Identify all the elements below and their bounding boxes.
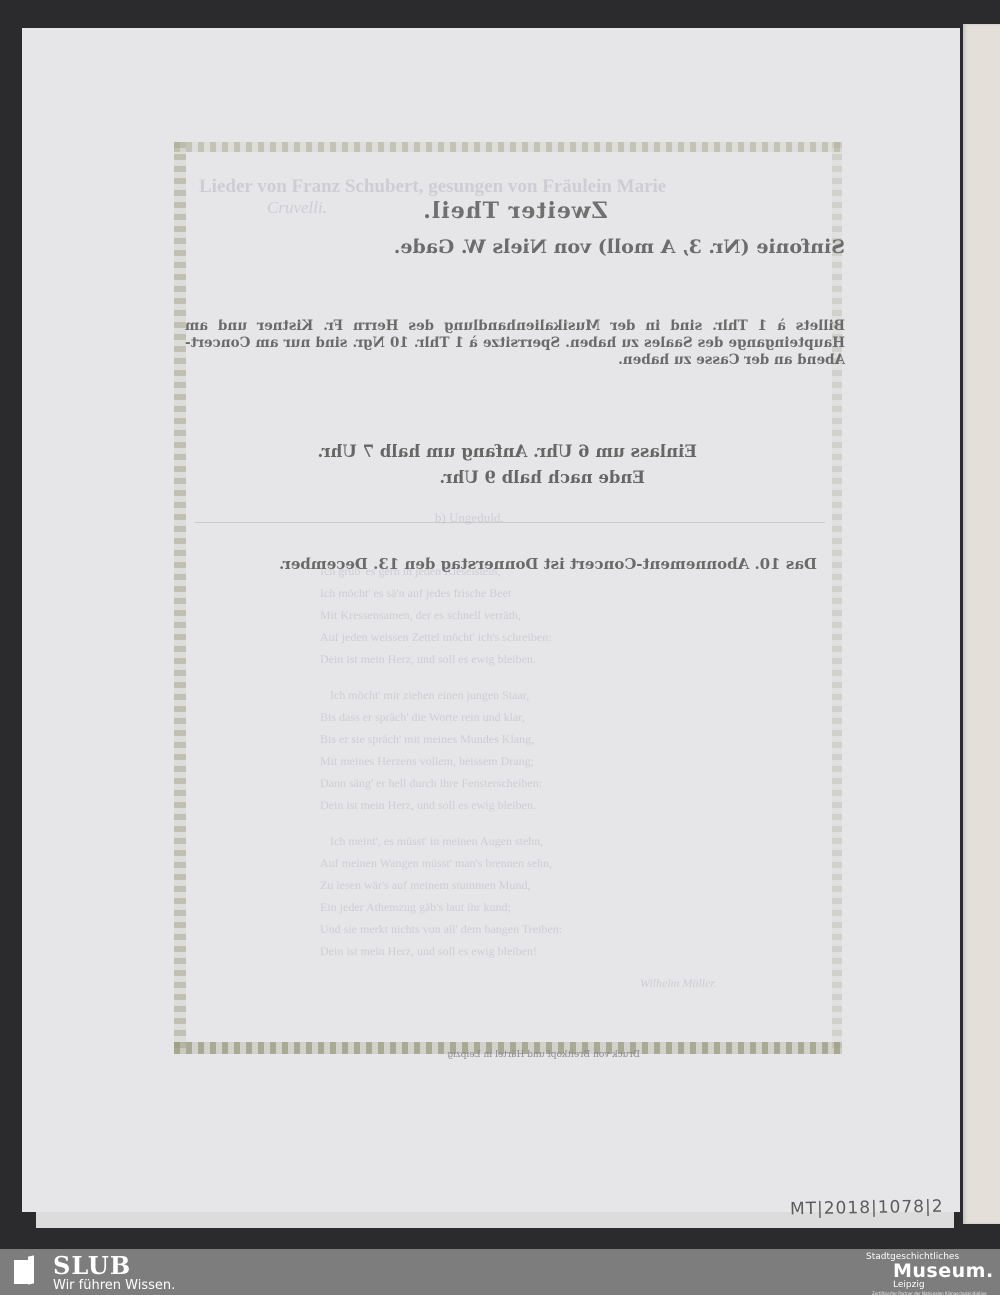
museum-city: Leipzig: [893, 1280, 925, 1290]
museum-certification: Zertifizierter Partner der Nationalen Kl…: [872, 1291, 987, 1295]
slub-logo-text[interactable]: SLUB: [53, 1251, 131, 1280]
ticket-info: Billets à 1 Thlr. sind in der Musikalien…: [185, 318, 845, 369]
section-heading: Zweiter Theil.: [185, 198, 845, 224]
viewer-footer-bar: SLUB Wir führen Wissen. Stadtgeschichtli…: [0, 1245, 1000, 1295]
printer-imprint: Druck von Breitkopf und Härtel in Leipzi…: [447, 1050, 640, 1060]
adjacent-page-edge: [963, 24, 1000, 1224]
slub-tagline: Wir führen Wissen.: [53, 1278, 175, 1293]
admission-time: Einlass um 6 Uhr. Anfang um halb 7 Uhr.: [318, 442, 697, 461]
slub-book-icon: [14, 1256, 38, 1286]
programme-item-sinfonie: Sinfonie (Nr. 3, A moll) von Niels W. Ga…: [394, 236, 845, 258]
museum-logo-text[interactable]: Museum.: [893, 1260, 994, 1282]
divider-rule: [195, 522, 825, 523]
next-concert-notice: Das 10. Abonnement-Concert ist Donnersta…: [279, 555, 817, 573]
mirrored-show-through-text: Zweiter Theil. Sinfonie (Nr. 3, A moll) …: [185, 140, 845, 1060]
archive-signature: MT|2018|1078|2: [790, 1197, 944, 1220]
end-time: Ende nach halb 9 Uhr.: [439, 468, 645, 487]
